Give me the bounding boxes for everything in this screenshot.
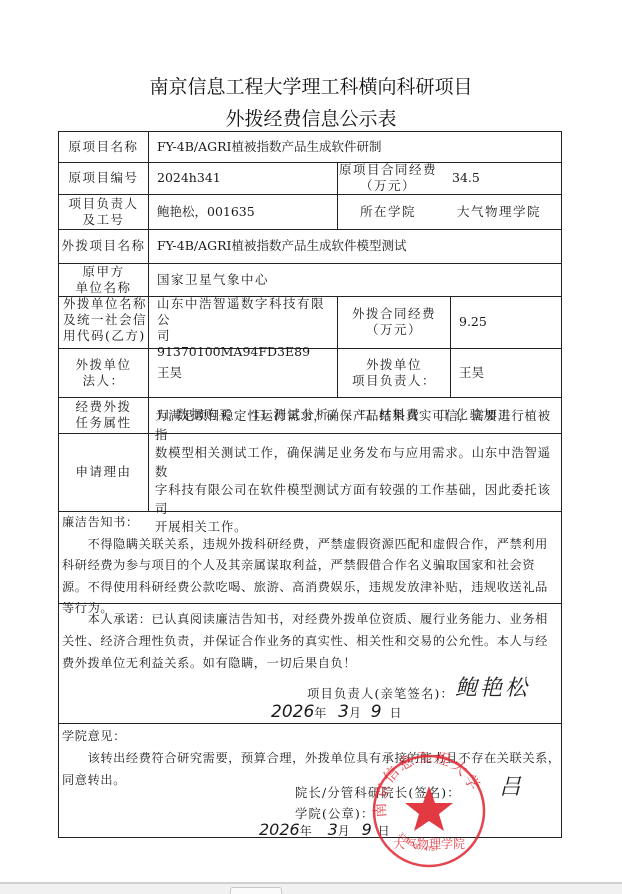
party-b-name-line1: 山东中浩智遥数字科技有限公 <box>157 296 337 328</box>
orig-project-no-value: 2024h341 <box>149 162 337 194</box>
reason-line: 数模型相关测试工作，确保满足业务发布与应用需求。山东中浩智遥数 <box>155 444 563 481</box>
out-pi-label-line1: 外拨单位 <box>366 357 422 373</box>
year-label: 年 <box>300 824 312 838</box>
reason-text: 为满足项目稳定性运行需求，确保产品结果真实可信，需要进行植被指 数模型相关测试工… <box>149 433 563 511</box>
party-b-label-line2: 及统一社会信 <box>63 312 147 328</box>
out-fund-label: 外拨合同经费 （万元） <box>338 296 450 348</box>
pi-label: 项目负责人 及工号 <box>59 194 148 229</box>
pi-signature: 鲍艳松 <box>455 678 530 699</box>
reason-line: 为满足项目稳定性运行需求，确保产品结果真实可信，需要进行植被指 <box>155 407 563 444</box>
pi-date-day: 9 <box>371 702 382 722</box>
task-type-label-line2: 任务属性 <box>75 415 131 431</box>
integrity-heading: 廉洁告知书： <box>62 512 562 534</box>
task-type-label-line1: 经费外拨 <box>75 399 131 415</box>
party-a-label-line1: 原甲方 <box>82 264 124 280</box>
orig-contract-fund-label: 原项目合同经费 （万元） <box>338 162 438 194</box>
college-label: 所在学院 <box>338 194 438 229</box>
document-subtitle: 外拨经费信息公示表 <box>0 104 622 131</box>
dean-signature: 吕 <box>499 777 522 798</box>
commitment-statement: 本人承诺：已认真阅读廉洁告知书，对经费外拨单位资质、履行业务能力、业务相 关性、… <box>62 608 562 674</box>
commitment-line: 本人承诺：已认真阅读廉洁告知书，对经费外拨单位资质、履行业务能力、业务相 <box>62 608 562 630</box>
orig-contract-fund-label-line1: 原项目合同经费 <box>339 162 437 178</box>
out-pi-value: 王昊 <box>451 348 563 397</box>
college-date-month: 3 <box>328 820 338 839</box>
out-fund-value: 9.25 <box>451 296 563 348</box>
out-fund-label-line2: （万元） <box>366 322 422 338</box>
orig-project-name-label: 原项目名称 <box>59 132 148 162</box>
pi-value: 鲍艳松，001635 <box>149 194 337 229</box>
info-form-table: 原项目名称 FY-4B/AGRI植被指数产品生成软件研制 原项目编号 2024h… <box>58 131 562 838</box>
party-b-label-line3: 用代码(乙方) <box>63 328 146 344</box>
orig-contract-fund-value: 34.5 <box>444 162 554 194</box>
legal-rep-label-line1: 外拨单位 <box>75 357 131 373</box>
out-project-name-label: 外拨项目名称 <box>59 229 148 263</box>
commitment-line: 关性、经济合理性负责，并保证合作业务的真实性、相关性和交易的公允性。本人与经 <box>62 630 562 652</box>
pi-label-line2: 及工号 <box>82 212 124 228</box>
out-fund-label-line1: 外拨合同经费 <box>352 306 436 322</box>
legal-rep-label: 外拨单位 法人： <box>59 348 148 397</box>
party-b-name-line2: 司 <box>157 328 170 344</box>
viewer-bottom-toolbar <box>0 882 622 894</box>
day-label: 日 <box>389 706 401 720</box>
college-value: 大气物理学院 <box>449 194 563 229</box>
party-b-value: 山东中浩智遥数字科技有限公 司 91370100MA94FD3E89 <box>149 296 337 348</box>
party-b-label: 外拨单位名称 及统一社会信 用代码(乙方) <box>59 296 148 348</box>
college-opinion-heading: 学院意见： <box>62 725 562 747</box>
college-date-year: 2026 <box>259 820 300 839</box>
task-type-label: 经费外拨 任务属性 <box>59 397 148 433</box>
toolbar-button[interactable] <box>230 887 282 894</box>
month-label: 月 <box>338 824 350 838</box>
integrity-notice: 廉洁告知书： 不得隐瞒关联关系，违规外拨科研经费，严禁虚假资源匹配和虚假合作，严… <box>62 512 562 620</box>
year-label: 年 <box>314 706 326 720</box>
party-a-label: 原甲方 单位名称 <box>59 263 148 296</box>
out-pi-label: 外拨单位 项目负责人： <box>338 348 450 397</box>
party-a-label-line2: 单位名称 <box>75 280 131 296</box>
party-b-label-line1: 外拨单位名称 <box>63 296 147 312</box>
integrity-line: 源。不得使用科研经费公款吃喝、旅游、高消费娱乐，违规发放津补贴，违规收送礼品 <box>62 577 562 599</box>
commitment-line: 费外拨单位无利益关系。如有隐瞒，一切后果自负！ <box>62 652 562 674</box>
pi-date-month: 3 <box>338 702 349 722</box>
legal-rep-value: 王昊 <box>149 348 337 397</box>
party-a-value: 国家卫星气象中心 <box>149 263 563 296</box>
out-pi-label-line2: 项目负责人： <box>352 373 436 389</box>
orig-project-name-value: FY-4B/AGRI植被指数产品生成软件研制 <box>149 132 563 162</box>
pi-label-line1: 项目负责人 <box>68 196 138 212</box>
pi-sign-date: 2026年 3月 9 日 <box>271 702 401 722</box>
integrity-line: 不得隐瞒关联关系，违规外拨科研经费，严禁虚假资源匹配和虚假合作，严禁利用 <box>62 534 562 556</box>
legal-rep-label-line2: 法人： <box>82 373 124 389</box>
document-title: 南京信息工程大学理工科横向科研项目 <box>0 72 622 99</box>
orig-contract-fund-label-line2: （万元） <box>360 178 416 194</box>
star-icon <box>405 786 453 831</box>
college-official-seal: 南京信息工程大学 大气物理学院 320100074787 <box>370 752 488 870</box>
pi-date-year: 2026 <box>271 702 314 722</box>
orig-project-no-label: 原项目编号 <box>59 162 148 194</box>
month-label: 月 <box>349 706 361 720</box>
reason-label: 申请理由 <box>59 433 148 511</box>
integrity-line: 科研经费为参与项目的个人及其亲属谋取利益，严禁假借合作名义骗取国家和社会资 <box>62 555 562 577</box>
out-project-name-value: FY-4B/AGRI植被指数产品生成软件模型测试 <box>149 229 563 263</box>
